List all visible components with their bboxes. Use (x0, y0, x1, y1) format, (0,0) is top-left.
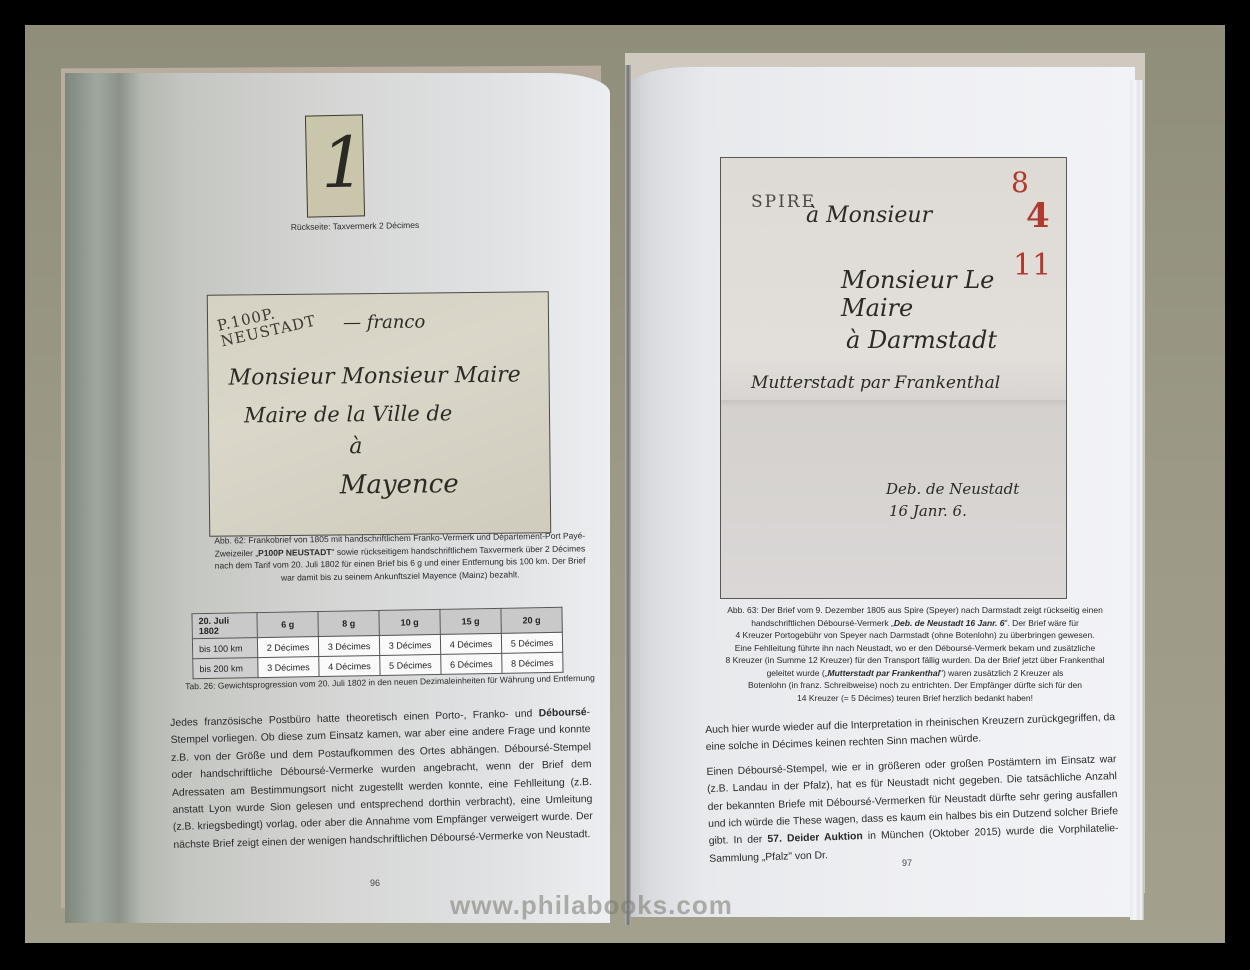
caption-line: 14 Kreuzer (= 5 Décimes) teuren Brief he… (705, 692, 1125, 705)
book-gutter (625, 65, 631, 925)
table-header: 20 g (501, 607, 562, 633)
body-text-left: Jedes französische Postbüro hatte theore… (170, 704, 594, 861)
table-cell: bis 200 km (193, 658, 258, 679)
caption-line: geleitet wurde („Mutterstadt par Franken… (705, 667, 1125, 680)
text: handschriftlichen Déboursé-Vermerk „ (751, 618, 894, 628)
caption-line: Eine Fehlleitung führte ihn nach Neustad… (705, 642, 1125, 655)
body-text-right: Auch hier wurde wieder auf die Interpret… (705, 709, 1120, 875)
route-note: Mutterstadt par Frankenthal (751, 373, 1000, 393)
table-cell: 3 Décimes (258, 657, 319, 678)
red-tax-mark: 8 (1011, 166, 1029, 199)
table-cell: 4 Décimes (440, 633, 501, 654)
table-cell: 2 Décimes (257, 637, 318, 658)
letter-image-neustadt: P.100P. NEUSTADT — franco Monsieur Monsi… (207, 291, 552, 537)
address-line: Maire de la Ville de (244, 401, 453, 427)
bold-text: Deb. de Neustadt 16 Janr. 6 (894, 618, 1005, 628)
table-cell: 8 Décimes (502, 652, 563, 673)
bold-text: 57. Deider Auktion (767, 832, 863, 846)
text: -Stempel vorliegen. Ob diese zum Einsatz… (171, 707, 593, 851)
table-cell: bis 100 km (192, 638, 257, 659)
paragraph: Einen Déboursé-Stempel, wie er in größer… (706, 751, 1119, 868)
postmark-stamp: P.100P. NEUSTADT (216, 297, 318, 349)
caption-bold: P100P NEUSTADT (258, 546, 332, 557)
debourse-note: Deb. de Neustadt (886, 480, 1019, 498)
franco-mark: — franco (343, 312, 425, 334)
table-header: 15 g (440, 608, 501, 634)
table-header: 10 g (379, 609, 440, 635)
page-number-left: 96 (370, 878, 380, 888)
table-cell: 5 Décimes (380, 654, 441, 675)
letter-image-spire: SPIRE à Monsieur Monsieur Le Maire à Dar… (720, 157, 1067, 599)
address-line: Monsieur Monsieur Maire (228, 363, 520, 391)
table-header: 8 g (318, 610, 379, 636)
figure-caption-63: Abb. 63: Der Brief vom 9. Dezember 1805 … (705, 604, 1125, 704)
rate-table: 20. Juli 1802 6 g 8 g 10 g 15 g 20 g bis… (191, 607, 563, 679)
figure-caption-62: Abb. 62: Frankobrief von 1805 mit handsc… (210, 529, 591, 584)
bold-text: Déboursé (539, 707, 587, 719)
address-line: à Darmstadt (846, 326, 997, 354)
address-line: à Monsieur (806, 203, 932, 228)
caption-line: 8 Kreuzer (in Summe 12 Kreuzer) für den … (705, 654, 1125, 667)
debourse-note: 16 Janr. 6. (889, 502, 967, 520)
caption-line: handschriftlichen Déboursé-Vermerk „Deb.… (705, 617, 1125, 630)
caption-line: 4 Kreuzer Portogebühr von Speyer nach Da… (705, 629, 1125, 642)
text: ". Der Brief wäre für (1004, 618, 1078, 628)
red-tax-mark: 4 (1026, 196, 1050, 236)
bold-text: Mutterstadt par Frankenthal (828, 668, 940, 678)
table-cell: 3 Décimes (318, 635, 379, 656)
address-line: à (349, 434, 362, 459)
red-tax-mark: 11 (1013, 248, 1051, 283)
address-line: Mayence (340, 469, 459, 500)
page-number-right: 97 (902, 858, 912, 868)
table-header: 20. Juli 1802 (192, 613, 257, 639)
paragraph: Jedes französische Postbüro hatte theore… (170, 704, 594, 854)
caption-line: Botenlohn (in franz. Schreibweise) noch … (705, 679, 1125, 692)
watermark: www.philabooks.com (450, 890, 733, 921)
tax-mark-image: 1 (305, 114, 365, 217)
text: ") waren zusätzlich 2 Kreuzer als (940, 668, 1063, 678)
table-cell: 5 Décimes (501, 632, 562, 653)
table-cell: 4 Décimes (319, 655, 380, 676)
text: geleitet wurde („ (767, 668, 828, 678)
table-cell: 3 Décimes (379, 634, 440, 655)
table-header: 6 g (257, 612, 318, 638)
table-cell: 6 Décimes (441, 653, 502, 674)
caption-line: Abb. 63: Der Brief vom 9. Dezember 1805 … (705, 604, 1125, 617)
letter-fold (721, 400, 1066, 408)
tax-mark-glyph: 1 (320, 121, 366, 204)
page-stack-edge (1130, 80, 1144, 920)
